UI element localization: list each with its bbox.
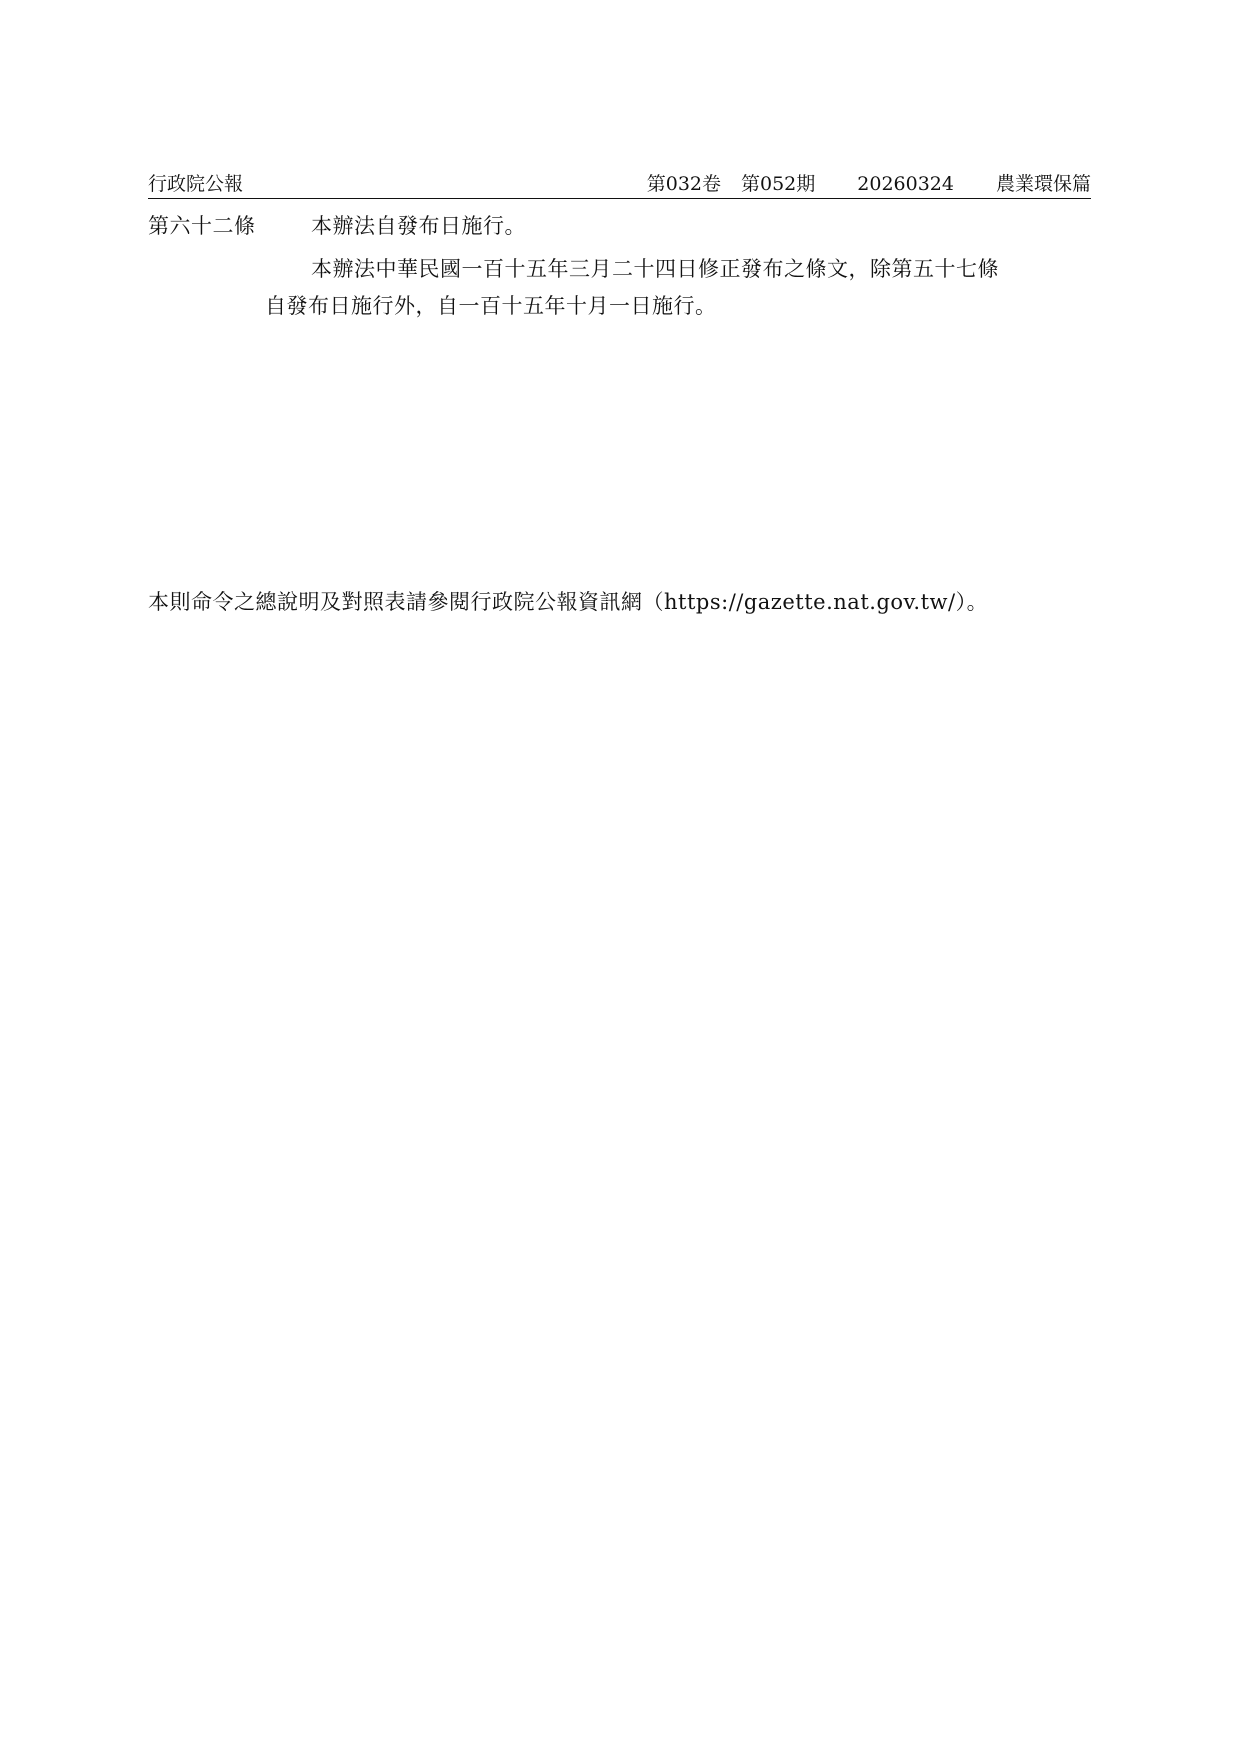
article-paragraph-2-continued: 自發布日施行外，自一百十五年十月一日施行。 [265,293,717,319]
footer-note: 本則命令之總說明及對照表請參閱行政院公報資訊網（https://gazette.… [148,589,988,615]
issue-number: 第052期 [741,172,815,196]
volume-number: 第032卷 [647,172,721,196]
publication-title: 行政院公報 [148,172,243,196]
article-number: 第六十二條 [148,213,256,239]
issue-info: 第032卷第052期20260324農業環保篇 [647,172,1091,196]
article-paragraph-1: 本辦法自發布日施行。 [311,213,526,239]
article-paragraph-2: 本辦法中華民國一百十五年三月二十四日修正發布之條文，除第五十七條 [311,256,999,282]
publish-date: 20260324 [857,172,954,196]
page-header: 行政院公報 第032卷第052期20260324農業環保篇 [148,172,1091,199]
section-name: 農業環保篇 [996,172,1091,196]
